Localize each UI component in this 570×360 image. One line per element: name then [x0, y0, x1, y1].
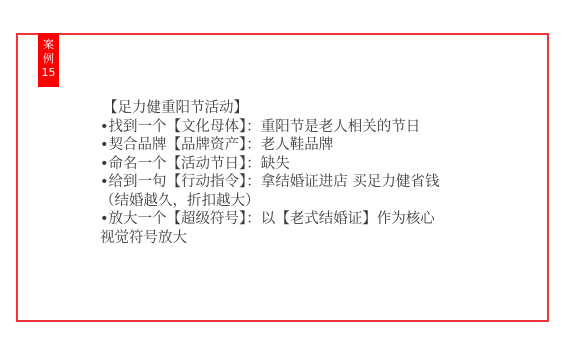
bullet-super-symbol-cont: 视觉符号放大	[100, 229, 520, 248]
case-content: 【足力健重阳节活动】 •找到一个【文化母体】：重阳节是老人相关的节日 •契合品牌…	[100, 99, 520, 247]
case-tag-line-1: 案	[38, 38, 59, 52]
bullet-event-naming: •命名一个【活动节日】：缺失	[100, 155, 520, 174]
bullet-action-command-note: （结婚越久，折扣越大）	[100, 192, 520, 211]
bullet-action-command: •给到一句【行动指令】：拿结婚证进店 买足力健省钱	[100, 173, 520, 192]
case-tag-number: 15	[38, 66, 59, 80]
case-tag-line-2: 例	[38, 52, 59, 66]
bullet-brand-asset: •契合品牌【品牌资产】：老人鞋品牌	[100, 136, 520, 155]
case-title: 【足力健重阳节活动】	[100, 99, 520, 118]
bullet-super-symbol: •放大一个【超级符号】：以【老式结婚证】作为核心	[100, 210, 520, 229]
case-tag: 案 例 15	[38, 33, 59, 87]
bullet-culture-mother: •找到一个【文化母体】：重阳节是老人相关的节日	[100, 118, 520, 137]
